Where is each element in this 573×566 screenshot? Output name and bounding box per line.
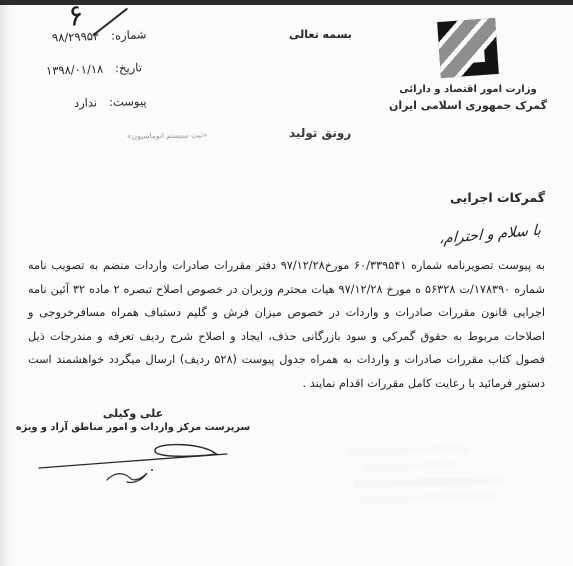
letter-date-value: ۱۳۹۸/۰۱/۱۸	[46, 62, 104, 78]
organization-name: گمرک جمهوری اسلامی ایران	[389, 99, 547, 112]
signer-title: سرپرست مرکز واردات و امور مناطق آزاد و و…	[16, 422, 250, 433]
scanned-letter-page: ۶ شماره: ۹۸/۲۹۹۵۴ تاریخ: ۱۳۹۸/۰۱/۱۸ پیوس…	[0, 0, 573, 566]
besmele-text: بسمه تعالی	[289, 28, 352, 41]
letter-date-row: تاریخ: ۱۳۹۸/۰۱/۱۸	[46, 60, 142, 77]
letter-attachment-row: پیوست: ندارد	[74, 94, 147, 110]
ministry-name: وزارت امور اقتصاد و دارائی	[399, 84, 536, 95]
scan-top-edge	[0, 0, 573, 5]
automation-system-note: «ثبت سیستم اتوماسیون»	[127, 130, 208, 140]
signature-scribble	[31, 435, 236, 487]
signer-name: علی وکیلی	[103, 407, 163, 420]
faded-stamp-mark	[328, 435, 511, 536]
letter-date-label: تاریخ:	[115, 60, 142, 75]
letter-body-paragraph: به پیوست تصویرنامه شماره ۶۰/۳۳۹۵۴۱ مورخ۹…	[28, 254, 545, 395]
letter-attachment-value: ندارد	[74, 95, 97, 110]
letter-number-label: شماره:	[111, 27, 147, 42]
organization-block: وزارت امور اقتصاد و دارائی گمرک جمهوری ا…	[379, 20, 557, 112]
letter-attachment-label: پیوست:	[109, 94, 147, 109]
letter-number-value: ۹۸/۲۹۹۵۴	[52, 29, 100, 45]
salutation-handwriting: با سلام و احترام،	[439, 222, 542, 247]
customs-logo-icon	[437, 18, 499, 78]
recipient-heading: گمرکات اجرایی	[450, 190, 545, 205]
scan-left-edge	[0, 5, 16, 566]
year-slogan: رونق تولید	[289, 126, 351, 140]
signature-block: علی وکیلی سرپرست مرکز واردات و امور مناط…	[26, 407, 240, 487]
letter-number-row: شماره: ۹۸/۲۹۹۵۴	[52, 27, 147, 44]
